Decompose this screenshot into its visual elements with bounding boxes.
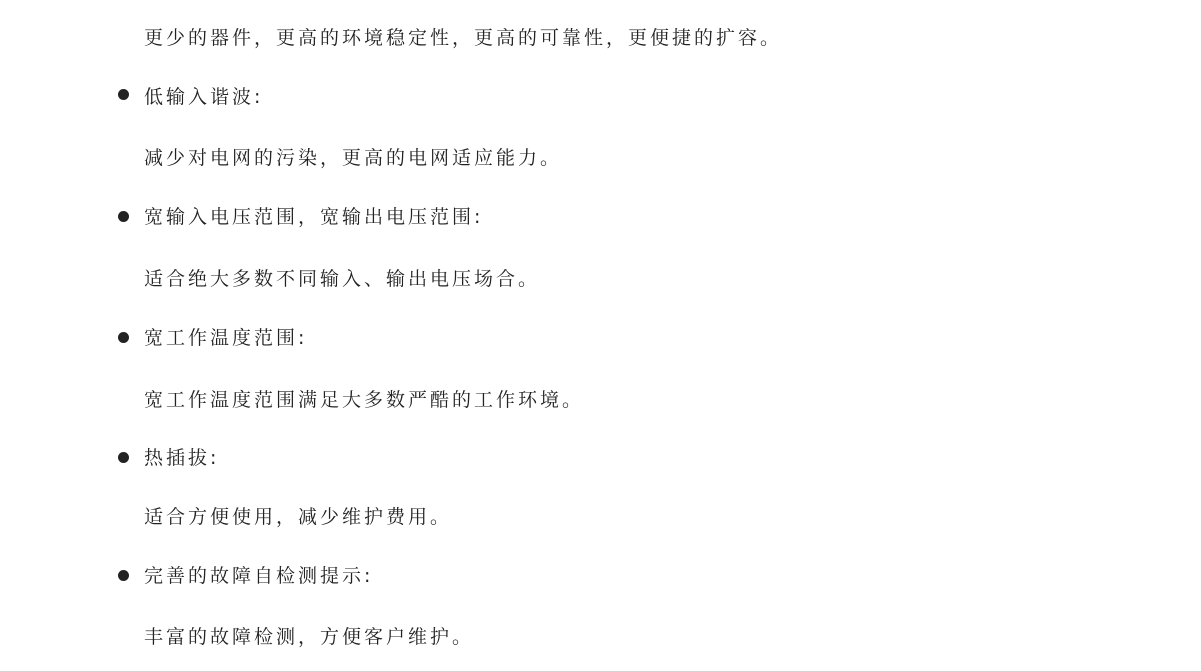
feature-title: 宽工作温度范围:: [144, 326, 307, 350]
feature-title: 热插拔:: [144, 446, 219, 470]
feature-title: 完善的故障自检测提示:: [144, 564, 373, 588]
bullet-icon: [118, 452, 129, 463]
bullet-icon: [118, 89, 129, 100]
bullet-icon: [118, 332, 129, 343]
feature-description: 宽工作温度范围满足大多数严酷的工作环境。: [144, 388, 584, 412]
feature-title: 低输入谐波:: [144, 85, 263, 109]
feature-description: 丰富的故障检测，方便客户维护。: [144, 625, 474, 649]
intro-text: 更少的器件，更高的环境稳定性，更高的可靠性，更便捷的扩容。: [144, 26, 782, 50]
feature-title: 宽输入电压范围，宽输出电压范围:: [144, 205, 483, 229]
bullet-icon: [118, 211, 129, 222]
bullet-icon: [118, 570, 129, 581]
feature-description: 适合绝大多数不同输入、输出电压场合。: [144, 267, 540, 291]
feature-description: 适合方便使用，减少维护费用。: [144, 505, 452, 529]
feature-description: 减少对电网的污染，更高的电网适应能力。: [144, 146, 562, 170]
